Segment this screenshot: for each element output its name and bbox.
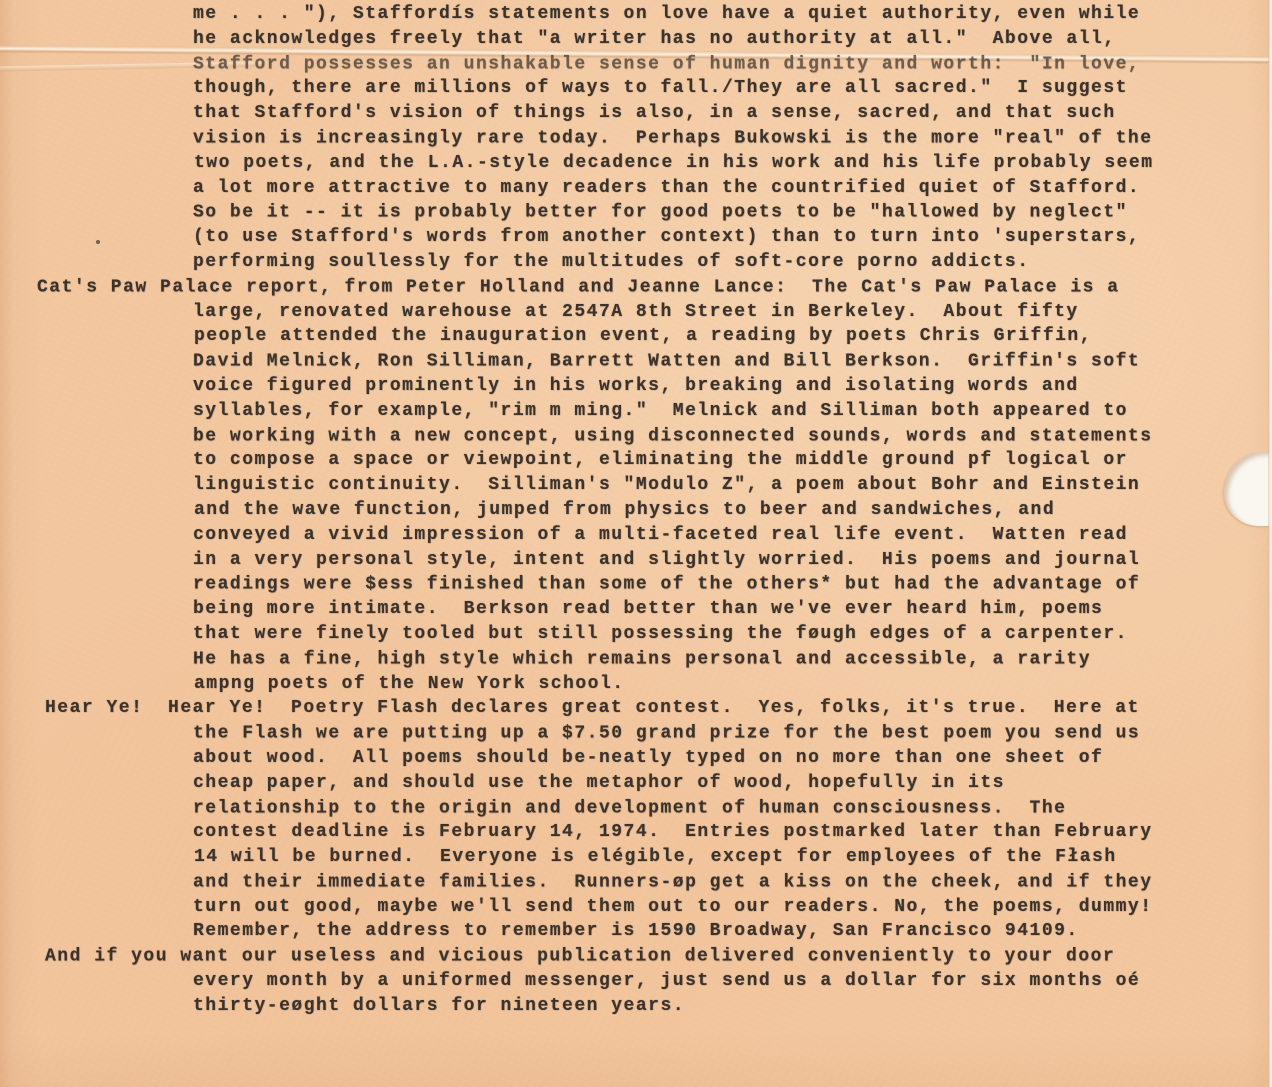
text-line: contest deadline is February 14, 1974. E… [0, 820, 1272, 845]
text-line: me . . . "), Staffordís statements on lo… [0, 2, 1272, 27]
text-line: 14 will be burned. Everyone is elégible,… [1, 845, 1272, 870]
text-line: vision is increasingly rare today. Perha… [0, 127, 1272, 152]
text-line: And if you want our useless and vicious … [0, 945, 1272, 970]
text-line: relationship to the origin and developme… [0, 796, 1272, 821]
text-line: large, renovated warehouse at 2547A 8th … [0, 300, 1272, 325]
text-line: being more intimate. Berkson read better… [0, 597, 1272, 622]
text-line: people attended the inauguration event, … [1, 324, 1272, 349]
text-line: performing soullessly for the multitudes… [0, 250, 1272, 275]
text-line: and their immediate families. Runners-øp… [0, 870, 1272, 895]
text-line: a lot more attractive to many readers th… [0, 176, 1272, 201]
text-line: the Flash we are putting up a $7.50 gran… [0, 722, 1272, 747]
text-line: turn out good, maybe we'll send them out… [0, 895, 1272, 920]
text-line: ampng poets of the New York school. [1, 672, 1272, 697]
document-text: me . . . "), Staffordís statements on lo… [0, 2, 1272, 1019]
text-line: cheap paper, and should use the metaphor… [0, 771, 1272, 796]
text-line: two poets, and the L.A.-style decadence … [1, 151, 1272, 176]
text-line: David Melnick, Ron Silliman, Barrett Wat… [0, 350, 1272, 375]
text-line: Remember, the address to remember is 159… [0, 919, 1272, 944]
text-line: every month by a uniformed messenger, ju… [0, 969, 1272, 994]
text-line: (to use Stafford's words from another co… [0, 225, 1272, 250]
text-line: and the wave function, jumped from physi… [1, 498, 1272, 523]
text-line: be working with a new concept, using dis… [0, 424, 1272, 449]
paper-right-edge [1268, 0, 1272, 1087]
text-line: that Stafford's vision of things is also… [0, 101, 1272, 126]
text-line: though, there are millions of ways to fa… [0, 76, 1272, 101]
text-line: So be it -- it is probably better for go… [0, 201, 1272, 226]
text-line: Cat's Paw Palace report, from Peter Holl… [0, 275, 1272, 300]
text-line: Stafford possesses an unshakable sense o… [0, 52, 1272, 77]
ink-speck [96, 240, 100, 244]
text-line: voice figured prominently in his works, … [0, 374, 1272, 399]
text-line: about wood. All poems should be-neatly t… [0, 746, 1272, 771]
text-line: he acknowledges freely that "a writer ha… [0, 27, 1272, 52]
text-line: conveyed a vivid impression of a multi-f… [0, 523, 1272, 548]
text-line: to compose a space or viewpoint, elimina… [0, 448, 1272, 473]
text-line: thirty-eøght dollars for nineteen years. [0, 994, 1272, 1019]
text-line: readings were $ess finished than some of… [0, 573, 1272, 598]
text-line: in a very personal style, intent and sli… [0, 548, 1272, 573]
text-line: that were finely tooled but still posses… [0, 622, 1272, 647]
typewritten-page: me . . . "), Staffordís statements on lo… [0, 0, 1272, 1087]
text-line: linguistic continuity. Silliman's "Modul… [0, 473, 1272, 498]
text-line: He has a fine, high style which remains … [0, 647, 1272, 672]
text-line: Hear Ye! Hear Ye! Poetry Flash declares … [0, 696, 1272, 721]
text-line: syllables, for example, "rim m ming." Me… [0, 399, 1272, 424]
